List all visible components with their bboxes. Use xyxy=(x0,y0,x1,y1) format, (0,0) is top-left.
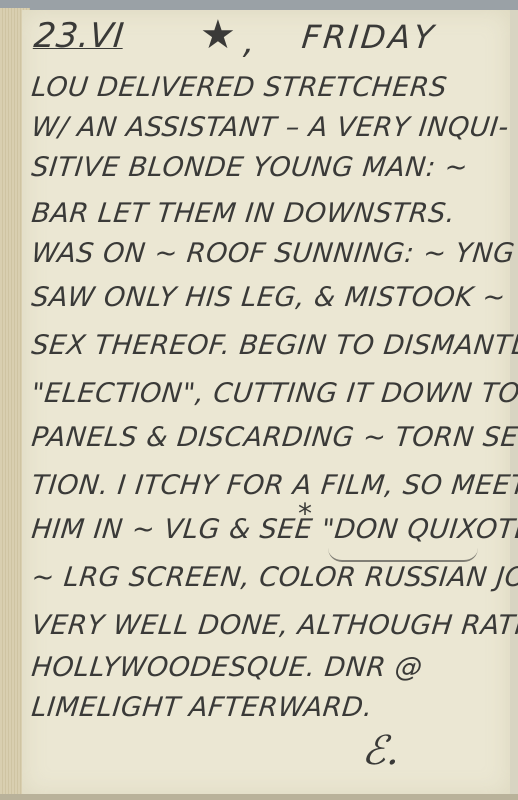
text-line: W/ AN ASSISTANT – A VERY INQUI- xyxy=(30,112,510,143)
text-line: WAS ON ~ ROOF SUNNING: ~ YNG MAN xyxy=(30,238,518,269)
page-bottom-edge xyxy=(0,794,518,800)
star-icon: ★ xyxy=(200,12,236,58)
text-line: LIMELIGHT AFTERWARD. xyxy=(30,692,374,723)
underline-scribble xyxy=(328,548,478,562)
asterisk-annotation: * xyxy=(298,497,313,530)
text-line: VERY WELL DONE, ALTHOUGH RATHER xyxy=(30,610,518,641)
text-line: HOLLYWOODESQUE. DNR @ xyxy=(30,652,424,683)
signature: ℰ. xyxy=(360,728,403,774)
text-line: SITIVE BLONDE YOUNG MAN: ~ xyxy=(30,152,470,183)
text-line: HIM IN ~ VLG & SEE "DON QUIXOTE" xyxy=(30,514,518,545)
text-line: ~ LRG SCREEN, COLOR RUSSIAN JOB. xyxy=(30,562,518,593)
text-line: TION. I ITCHY FOR A FILM, SO MEET xyxy=(30,470,518,501)
text-line: SEX THEREOF. BEGIN TO DISMANTLE xyxy=(30,330,518,361)
text-line: LOU DELIVERED STRETCHERS xyxy=(30,72,449,103)
entry-date: 23.VI xyxy=(32,16,126,56)
text-line: SAW ONLY HIS LEG, & MISTOOK ~ xyxy=(30,282,507,313)
text-line: PANELS & DISCARDING ~ TORN SEC- xyxy=(30,422,518,453)
text-line: BAR LET THEM IN DOWNSTRS. xyxy=(30,198,457,229)
text-line: "ELECTION", CUTTING IT DOWN TO 3 xyxy=(30,378,518,409)
entry-day: FRIDAY xyxy=(300,18,438,56)
